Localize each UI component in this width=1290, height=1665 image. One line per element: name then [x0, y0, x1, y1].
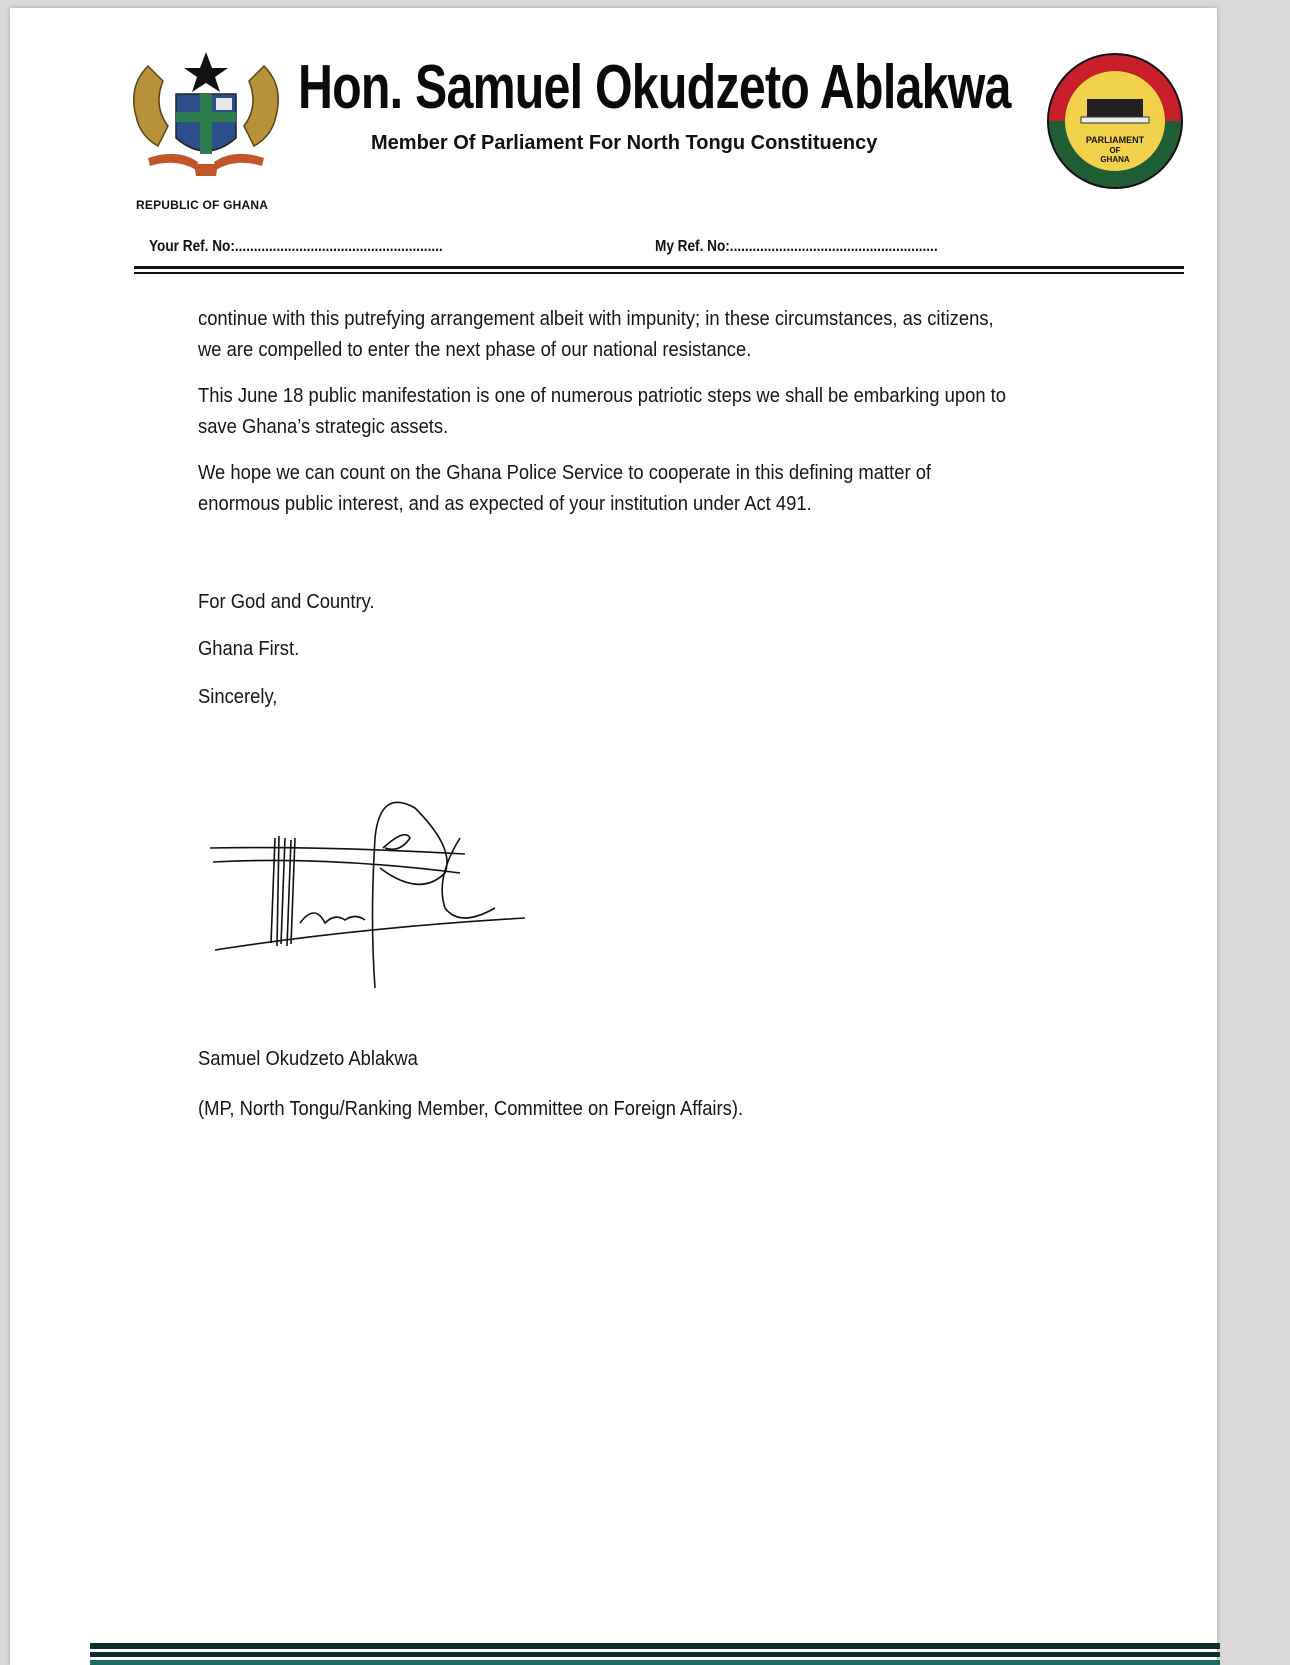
body-paragraph: continue with this putrefying arrangemen…	[198, 304, 1008, 366]
svg-text:OF: OF	[1109, 146, 1120, 155]
body-paragraph: We hope we can count on the Ghana Police…	[198, 458, 1008, 520]
signatory-name: Samuel Okudzeto Ablakwa	[198, 1048, 418, 1071]
footer-teal-band	[90, 1660, 1220, 1665]
your-ref-field: Your Ref. No:...........................…	[149, 238, 443, 256]
parliament-of-ghana-seal-icon: PARLIAMENT OF GHANA	[1045, 51, 1185, 191]
letterhead-footer-band	[90, 1643, 1220, 1665]
footer-line	[90, 1643, 1220, 1649]
footer-line	[90, 1652, 1220, 1657]
handwritten-signature-icon	[205, 798, 555, 1008]
ghana-coat-of-arms-icon	[118, 46, 294, 182]
closing-salutation: Sincerely,	[198, 686, 277, 709]
closing-line: For God and Country.	[198, 591, 375, 614]
letterhead-title: Hon. Samuel Okudzeto Ablakwa	[298, 52, 1011, 123]
header-divider	[134, 266, 1184, 269]
svg-text:GHANA: GHANA	[1100, 155, 1130, 164]
header-divider-secondary	[134, 272, 1184, 274]
letterhead-subtitle: Member Of Parliament For North Tongu Con…	[371, 132, 877, 155]
coat-of-arms-caption: REPUBLIC OF GHANA	[136, 198, 268, 212]
letter-body: continue with this putrefying arrangemen…	[198, 304, 1008, 535]
my-ref-field: My Ref. No:.............................…	[655, 238, 938, 256]
svg-text:PARLIAMENT: PARLIAMENT	[1086, 135, 1145, 145]
letter-page: REPUBLIC OF GHANA Hon. Samuel Okudzeto A…	[10, 8, 1217, 1665]
body-paragraph: This June 18 public manifestation is one…	[198, 381, 1008, 443]
signatory-title: (MP, North Tongu/Ranking Member, Committ…	[198, 1098, 743, 1121]
closing-line: Ghana First.	[198, 638, 299, 661]
